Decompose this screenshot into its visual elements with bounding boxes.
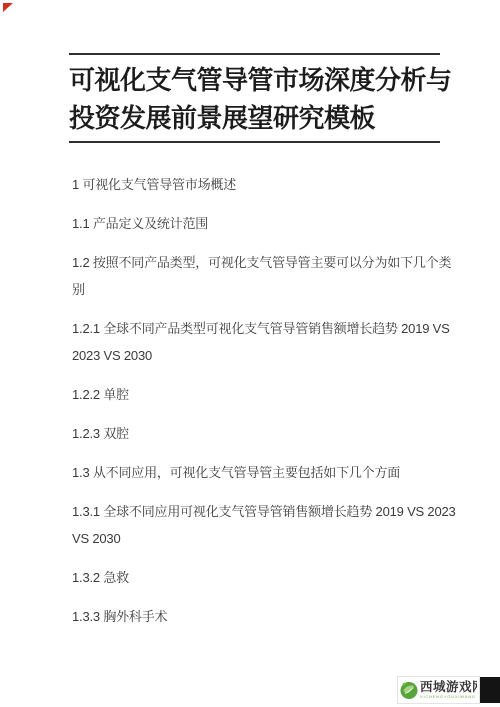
toc-item-line: 1 可视化支气管导管市场概述 (72, 171, 446, 198)
site-watermark[interactable]: 西城游戏网 XICHENGYOUXIWANG (397, 676, 500, 704)
toc-item: 1.3.3 胸外科手术 (72, 603, 446, 630)
watermark-badge[interactable]: 西城游戏网 XICHENGYOUXIWANG (397, 676, 480, 704)
site-name-subtext: XICHENGYOUXIWANG (420, 694, 476, 700)
report-title-line2: 投资发展前景展望研究模板 (69, 100, 440, 138)
toc-item-line: 1.2 按照不同产品类型，可视化支气管导管主要可以分为如下几个类 (72, 249, 446, 276)
report-title-line1: 可视化支气管导管市场深度分析与 (69, 62, 440, 100)
toc-item-line: 1.2.2 单腔 (72, 381, 446, 408)
toc-item-line: 2023 VS 2030 (72, 342, 446, 369)
toc-item-line: 1.1 产品定义及统计范围 (72, 210, 446, 237)
toc-item: 1.2.1 全球不同产品类型可视化支气管导管销售额增长趋势 2019 VS 20… (72, 315, 446, 369)
corner-mark-icon (3, 3, 13, 12)
toc-item-line: VS 2030 (72, 525, 446, 552)
watermark-dark-block (480, 677, 500, 703)
toc-item-line: 1.3 从不同应用，可视化支气管导管主要包括如下几个方面 (72, 459, 446, 486)
toc-item-line: 1.2.1 全球不同产品类型可视化支气管导管销售额增长趋势 2019 VS (72, 315, 446, 342)
toc-item-line: 1.2.3 双腔 (72, 420, 446, 447)
toc-item: 1 可视化支气管导管市场概述 (72, 171, 446, 198)
toc-item: 1.2 按照不同产品类型，可视化支气管导管主要可以分为如下几个类 别 (72, 249, 446, 303)
toc-item: 1.2.2 单腔 (72, 381, 446, 408)
title-block: 可视化支气管导管市场深度分析与 投资发展前景展望研究模板 (69, 53, 440, 143)
toc-item: 1.3 从不同应用，可视化支气管导管主要包括如下几个方面 (72, 459, 446, 486)
site-name: 西城游戏网 (420, 680, 477, 694)
site-logo-icon (399, 680, 419, 700)
toc-item-line: 1.3.1 全球不同应用可视化支气管导管销售额增长趋势 2019 VS 2023 (72, 498, 446, 525)
table-of-contents: 1 可视化支气管导管市场概述 1.1 产品定义及统计范围 1.2 按照不同产品类… (72, 171, 446, 642)
report-page: 可视化支气管导管市场深度分析与 投资发展前景展望研究模板 1 可视化支气管导管市… (0, 0, 500, 707)
toc-item-line: 1.3.2 急救 (72, 564, 446, 591)
toc-item: 1.3.1 全球不同应用可视化支气管导管销售额增长趋势 2019 VS 2023… (72, 498, 446, 552)
watermark-text-column: 西城游戏网 XICHENGYOUXIWANG (420, 680, 477, 700)
toc-item-line: 别 (72, 276, 446, 303)
toc-item: 1.3.2 急救 (72, 564, 446, 591)
toc-item: 1.2.3 双腔 (72, 420, 446, 447)
toc-item: 1.1 产品定义及统计范围 (72, 210, 446, 237)
toc-item-line: 1.3.3 胸外科手术 (72, 603, 446, 630)
